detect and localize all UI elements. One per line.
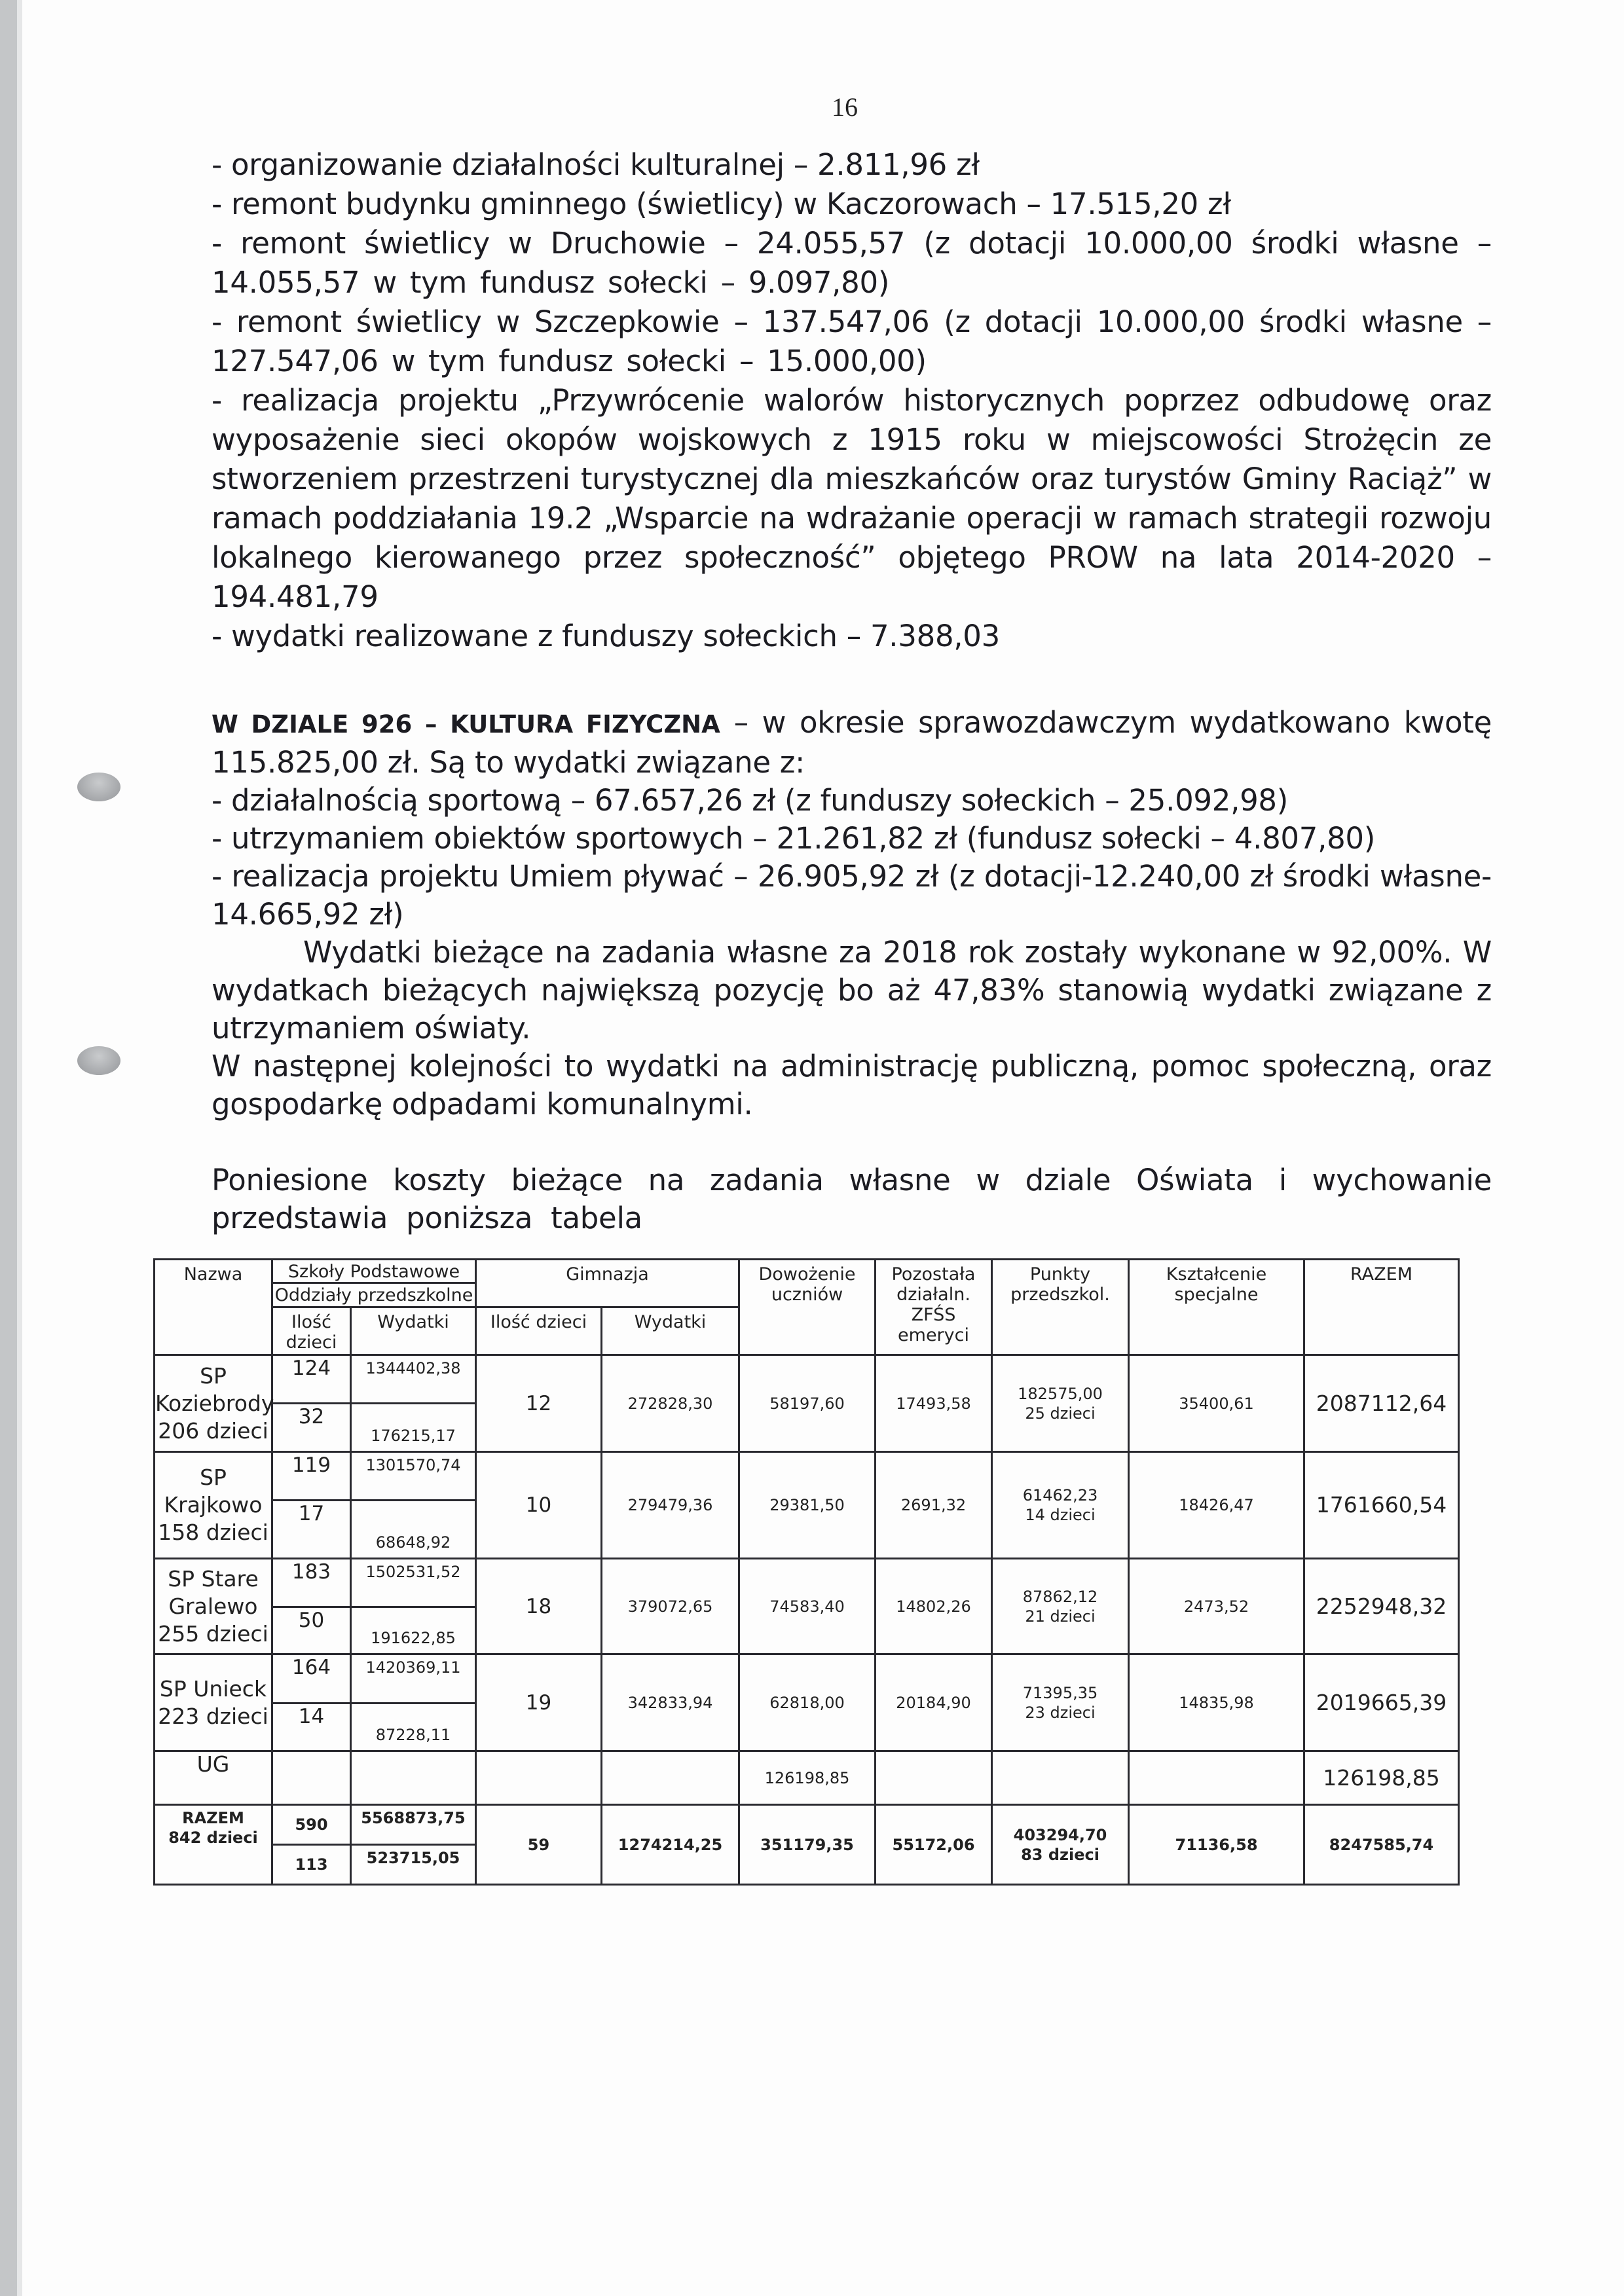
list-item: - realizacja projektu „Przywrócenie walo…: [212, 381, 1492, 617]
row-total: 2087112,64: [1304, 1355, 1459, 1452]
header-sp: Szkoły Podstawowe: [272, 1260, 476, 1283]
punch-hole: [77, 1046, 120, 1075]
dowozenie: 29381,50: [739, 1452, 876, 1559]
list-item: - realizacja projektu Umiem pływać – 26.…: [212, 858, 1492, 934]
sp-count: 164: [272, 1654, 351, 1704]
table-intro: Poniesione koszty bieżące na zadania wła…: [212, 1161, 1492, 1237]
section-926: W DZIALE 926 – KULTURA FIZYCZNA – w okre…: [212, 704, 1492, 1237]
punkty: 71395,3523 dzieci: [992, 1654, 1129, 1751]
op-expenses: 87228,11: [351, 1704, 476, 1751]
header-ilosc: Ilość dzieci: [272, 1307, 351, 1355]
gim-expenses: 379072,65: [602, 1559, 739, 1654]
pozostala: 17493,58: [876, 1355, 992, 1452]
total-ksztalcenie: 71136,58: [1129, 1805, 1304, 1885]
sp-expenses: 1502531,52: [351, 1559, 476, 1607]
op-count: 17: [272, 1501, 351, 1559]
school-name: SP Stare Gralewo 255 dzieci: [155, 1559, 272, 1654]
school-name: SP Koziebrody 206 dzieci: [155, 1355, 272, 1452]
gim-count: 18: [476, 1559, 602, 1654]
total-dowozenie: 351179,35: [739, 1805, 876, 1885]
header-gim-wydatki: Wydatki: [602, 1307, 739, 1355]
punkty: 182575,0025 dzieci: [992, 1355, 1129, 1452]
header-wydatki: Wydatki: [351, 1307, 476, 1355]
header-pozostala: Pozostała działaln. ZFŚS emeryci: [876, 1260, 992, 1355]
section-paragraph: W DZIALE 926 – KULTURA FIZYCZNA – w okre…: [212, 704, 1492, 782]
header-punkty: Punkty przedszkol.: [992, 1260, 1129, 1355]
total-sp-expenses: 5568873,75: [351, 1805, 476, 1845]
empty-cell: [272, 1751, 351, 1805]
empty-cell: [351, 1751, 476, 1805]
list-item: - remont świetlicy w Szczepkowie – 137.5…: [212, 302, 1492, 381]
op-expenses: 68648,92: [351, 1501, 476, 1559]
row-total: 2019665,39: [1304, 1654, 1459, 1751]
empty-cell: [876, 1751, 992, 1805]
op-count: 50: [272, 1607, 351, 1654]
scan-edge: [0, 0, 17, 2296]
empty-cell: [1129, 1751, 1304, 1805]
list-item: - remont świetlicy w Druchowie – 24.055,…: [212, 224, 1492, 302]
header-razem: RAZEM: [1304, 1260, 1459, 1355]
school-name: SP Krajkowo 158 dzieci: [155, 1452, 272, 1559]
header-gim: Gimnazja: [476, 1260, 739, 1307]
total-op-expenses: 523715,05: [351, 1845, 476, 1885]
pozostala: 14802,26: [876, 1559, 992, 1654]
gim-expenses: 272828,30: [602, 1355, 739, 1452]
ksztalcenie: 14835,98: [1129, 1654, 1304, 1751]
education-costs-table: Nazwa Szkoły Podstawowe Gimnazja Dowożen…: [153, 1258, 1460, 1886]
empty-cell: [476, 1751, 602, 1805]
total-gim-count: 59: [476, 1805, 602, 1885]
expense-list-culture: - organizowanie działalności kulturalnej…: [212, 145, 1492, 656]
total-op-count: 113: [272, 1845, 351, 1885]
list-item: - utrzymaniem obiektów sportowych – 21.2…: [212, 820, 1492, 858]
header-gim-ilosc: Ilość dzieci: [476, 1307, 602, 1355]
grand-total: 8247585,74: [1304, 1805, 1459, 1885]
op-expenses: 176215,17: [351, 1404, 476, 1452]
dowozenie: 62818,00: [739, 1654, 876, 1751]
header-op: Oddziały przedszkolne: [272, 1283, 476, 1307]
empty-cell: [602, 1751, 739, 1805]
summary-paragraph: W następnej kolejności to wydatki na adm…: [212, 1048, 1492, 1123]
dowozenie: 74583,40: [739, 1559, 876, 1654]
sp-count: 119: [272, 1452, 351, 1501]
ksztalcenie: 18426,47: [1129, 1452, 1304, 1559]
header-dowozenie: Dowożenie uczniów: [739, 1260, 876, 1355]
gim-count: 12: [476, 1355, 602, 1452]
op-count: 32: [272, 1404, 351, 1452]
op-count: 14: [272, 1704, 351, 1751]
empty-cell: [992, 1751, 1129, 1805]
gim-count: 10: [476, 1452, 602, 1559]
punkty: 61462,2314 dzieci: [992, 1452, 1129, 1559]
header-ksztalcenie: Kształcenie specjalne: [1129, 1260, 1304, 1355]
op-expenses: 191622,85: [351, 1607, 476, 1654]
ug-dowozenie: 126198,85: [739, 1751, 876, 1805]
summary-paragraph: Wydatki bieżące na zadania własne za 201…: [212, 934, 1492, 1048]
section-heading: W DZIALE 926 – KULTURA FIZYCZNA: [212, 710, 720, 738]
list-item: - organizowanie działalności kulturalnej…: [212, 145, 1492, 185]
gim-expenses: 342833,94: [602, 1654, 739, 1751]
punkty: 87862,1221 dzieci: [992, 1559, 1129, 1654]
total-gim-expenses: 1274214,25: [602, 1805, 739, 1885]
ksztalcenie: 35400,61: [1129, 1355, 1304, 1452]
row-total: 2252948,32: [1304, 1559, 1459, 1654]
gim-count: 19: [476, 1654, 602, 1751]
sp-count: 124: [272, 1355, 351, 1404]
list-item: - działalnością sportową – 67.657,26 zł …: [212, 782, 1492, 820]
sp-expenses: 1301570,74: [351, 1452, 476, 1501]
pozostala: 20184,90: [876, 1654, 992, 1751]
scan-edge-shadow: [17, 0, 22, 2296]
page-number: 16: [825, 92, 864, 122]
row-total: 1761660,54: [1304, 1452, 1459, 1559]
total-label: RAZEM842 dzieci: [155, 1805, 272, 1885]
sp-expenses: 1344402,38: [351, 1355, 476, 1404]
sp-expenses: 1420369,11: [351, 1654, 476, 1704]
ug-name: UG: [155, 1751, 272, 1805]
list-item: - remont budynku gminnego (świetlicy) w …: [212, 185, 1492, 224]
ksztalcenie: 2473,52: [1129, 1559, 1304, 1654]
ug-total: 126198,85: [1304, 1751, 1459, 1805]
school-name: SP Unieck 223 dzieci: [155, 1654, 272, 1751]
header-nazwa: Nazwa: [155, 1260, 272, 1355]
total-punkty: 403294,7083 dzieci: [992, 1805, 1129, 1885]
pozostala: 2691,32: [876, 1452, 992, 1559]
total-pozostala: 55172,06: [876, 1805, 992, 1885]
list-item: - wydatki realizowane z funduszy sołecki…: [212, 617, 1492, 656]
gim-expenses: 279479,36: [602, 1452, 739, 1559]
total-sp-count: 590: [272, 1805, 351, 1845]
sp-count: 183: [272, 1559, 351, 1607]
dowozenie: 58197,60: [739, 1355, 876, 1452]
punch-hole: [77, 773, 120, 801]
